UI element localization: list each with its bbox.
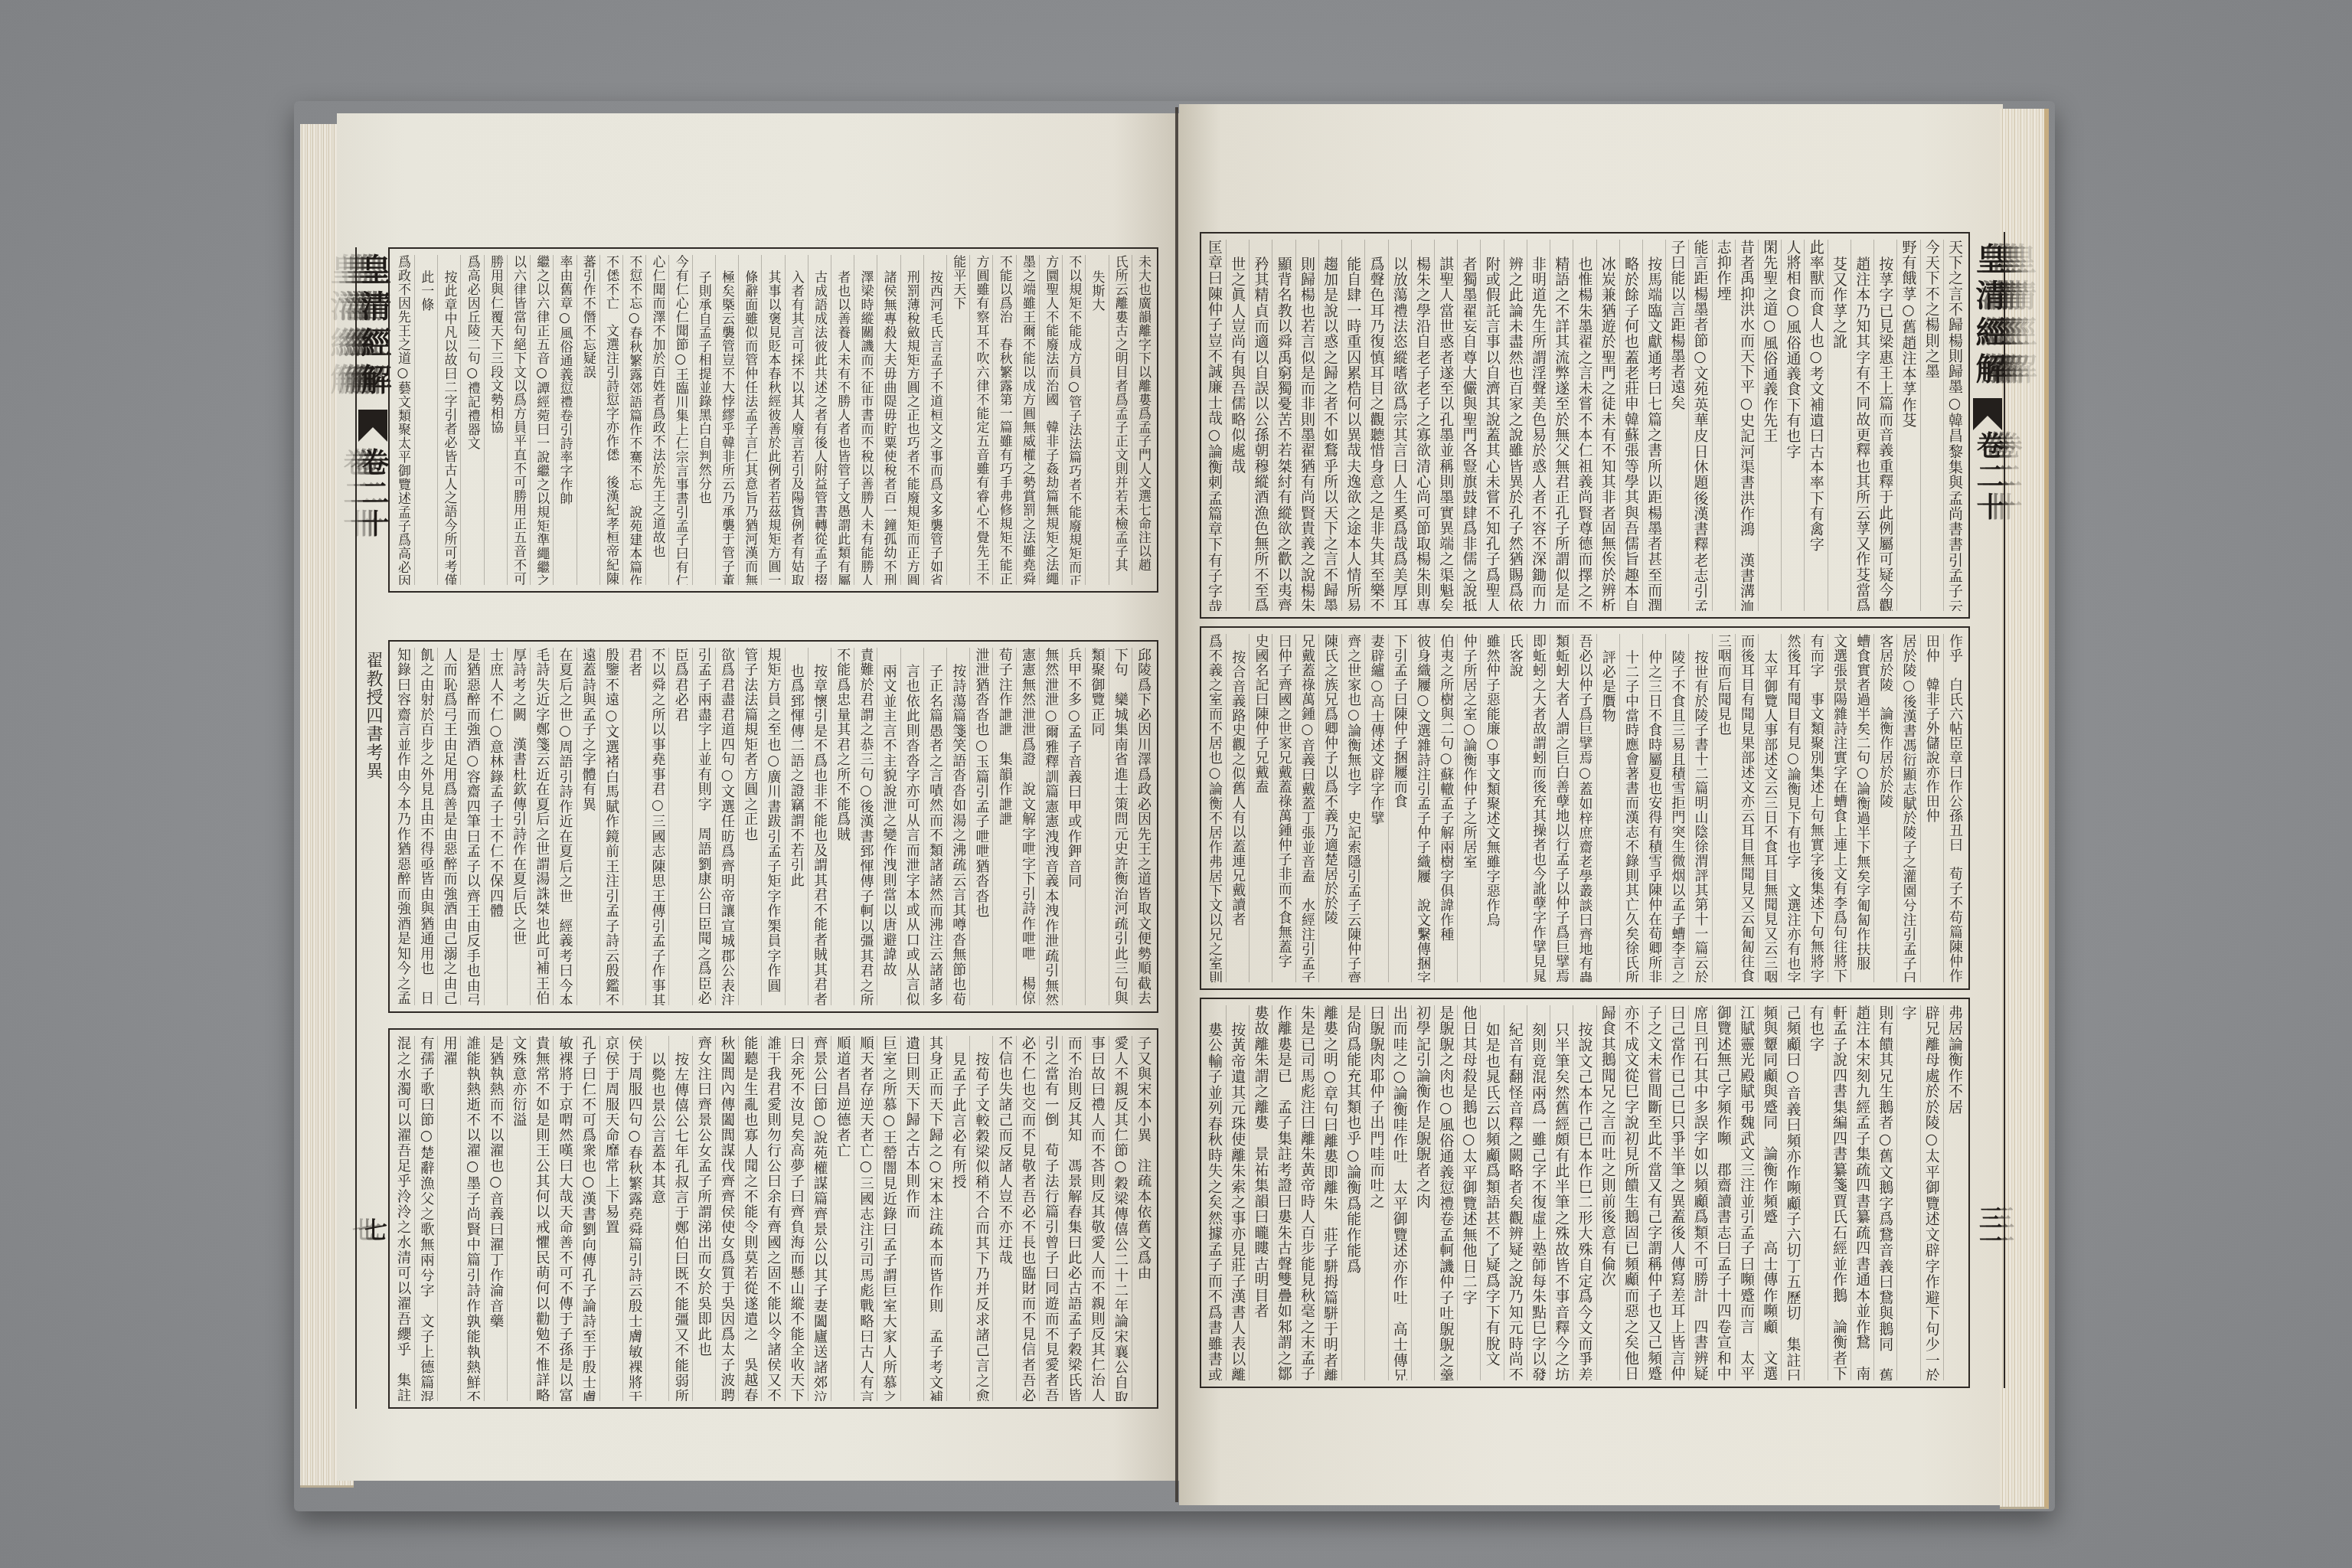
register-frame-bottom: 弗居論衡作不居 辟兄離母處於於陵○太平御覽述文辟字作避下句少一於 字 則有饋其兄… xyxy=(1200,998,1970,1388)
text-column: 遠蓋詩與孟子之字體有異 xyxy=(577,648,599,1005)
text-column: 事曰故曰禮人而不荅則反其敬愛人而不親則反其仁治人 xyxy=(1085,1036,1108,1401)
text-column: 以斃也景公言蓋本其意 xyxy=(645,1036,668,1401)
text-column: 江賦靈光殿賦弔魏武文三注並引孟子曰嚬蹙而言 太平 xyxy=(1735,1005,1758,1380)
text-column: 按此章中凡以故曰二字引者必皆古人之語今所可考僅 xyxy=(437,255,460,585)
text-column: 齊女注曰齊景公女孟子所謂涕出而女於吳即此也 xyxy=(692,1036,715,1401)
text-column: 規矩方員之至也○廣川書跋引孟子矩字作榘員字作圓 xyxy=(761,648,784,1005)
text-column: 泄泄猶沓沓也○玉篇引孟子呭呭猶沓沓也 xyxy=(969,648,992,1005)
text-column: 字 xyxy=(1896,1005,1919,1380)
text-column: 此率獸而食人也○考文補遺曰古本率下有禽字 xyxy=(1804,240,1827,611)
text-column: 子曰能以言距楊墨者遠矣 xyxy=(1665,240,1688,611)
series-title: 皇清經解 xyxy=(1971,243,2005,390)
text-column: 未大也廣韻離字下以離婁爲孟子門人文選七命注以趙 xyxy=(1132,255,1155,585)
register-frame-bottom: 子又與宋本小異 注疏本依舊文爲由 愛人不親反其仁節○穀梁傳僖公二十二年論宋襄公自… xyxy=(388,1028,1158,1409)
text-column: 人將相食○風俗通義食下有也字 xyxy=(1781,240,1804,611)
text-column: 是猶執熱而不以濯也○音義曰濯丁作淪音藥 xyxy=(484,1036,507,1401)
text-column: 殷鑒不遠○文選褚白馬賦作鏡前王注引孟子詩云殷鑑不 xyxy=(599,648,622,1005)
text-column: 曰鶃鶃肉耶仲子出門哇而吐之 xyxy=(1364,1005,1387,1380)
text-column: 飢之由射於百步之外見且由不得亟皆由與猶通用也 日 xyxy=(414,648,437,1005)
text-column: 有也字 xyxy=(1804,1005,1827,1380)
register-frame-middle: 邱陵爲下必因川澤爲政必因先王之道皆取文便勢順截去 下句 欒城集南省進士策問元史許… xyxy=(388,640,1158,1013)
text-column: 仲之三日不食時屬夏也安得有積雪乎陳仲在荀卿所非 xyxy=(1642,634,1665,982)
text-column: 趙注本宋刻九經孟子集疏四書纂疏四書通本並作鵞 南 xyxy=(1851,1005,1873,1380)
text-column: 御覽述無己字頻作嚬 郡齋讀書志曰孟子十四卷宣和中 xyxy=(1712,1005,1735,1380)
text-column: 諆聖人當世惑者遂至以孔墨並稱則墨實異端之渠魁矣 xyxy=(1434,240,1457,611)
text-column: 按荀子文較穀梁似稍不合而其下乃并反求諸己言之愈 xyxy=(969,1036,992,1401)
text-column: 引孟子兩盡字上並有則字 周語劉康公曰臣聞之爲臣必 xyxy=(692,648,715,1005)
text-column: 敏裸將于京喟然嘆曰大哉天命善不可不傳于子孫是以富 xyxy=(553,1036,576,1401)
text-column: 則歸楊也若言似是而非則墨翟猶有尚賢貴義之說楊朱 xyxy=(1295,240,1318,611)
text-column: 即蚯蚓之大者故謂蚓而後充其操者也今訛孽字作擘見晁 xyxy=(1527,634,1550,982)
register-frame-middle: 作乎 白氏六帖臣章曰作公孫丑曰 荀子不苟篇陳仲作 田仲 韓非子外儲說亦作田仲 居… xyxy=(1200,626,1970,990)
text-column: 其身正而天下歸之○宋本注疏本而皆作則 孟子考文補 xyxy=(923,1036,946,1401)
text-column: 文殊意亦衍溢 xyxy=(507,1036,530,1401)
text-column: 繼之以六律正五音○譚經菀曰一說繼之以規矩準繩繼之 xyxy=(530,255,553,585)
text-column: 刑罰薄稅斂規矩方圓之正也巧者不能廢規矩而正方圓 xyxy=(900,255,923,585)
text-column: 澤梁時縱關譏而不征市書而不稅以善勝人未有能勝人 xyxy=(854,255,877,585)
text-column: 曰己當作已己巳只爭半筆之異蓋後人傳寫差耳上皆言仲 xyxy=(1665,1005,1688,1380)
text-column: 責難於君謂之恭三句○後漢書郅惲傳子軻以彊其君之所 xyxy=(854,648,877,1005)
text-column: 也爲郅惲傳二語之證竊謂不若引此 xyxy=(785,648,808,1005)
text-column: 是猶惡醉而強酒○容齋四筆曰孟子以齊王由反手也由弓 xyxy=(460,648,483,1005)
text-column: 極矣槩云襲管豈不大悖繆乎韓非所云乃承襲于管子董 xyxy=(715,255,738,585)
text-column: 曰仲子齊國之世家兄戴蓋祿萬鍾仲子非而不食無蓋字 路 xyxy=(1272,634,1295,982)
text-column: 兄戴蓋祿萬鍾○音義曰戴蓋丁張並音盍 水經注引孟子 xyxy=(1295,634,1318,982)
text-column: 婁公輸子並列春秋時失之矣然據孟子而不爲書雖書或 xyxy=(1204,1005,1226,1380)
text-column: 諸侯無專殺大夫毋曲隄毋貯粟使稅者百一鐘孤幼不刑 xyxy=(877,255,900,585)
text-column: 匡章曰陳仲子豈不誠廉士哉○論衡刺孟篇章下有子字哉 xyxy=(1204,240,1226,611)
text-column: 曰余死不汝見矣高夢子曰齊負海而懸山縱不能全收天下 xyxy=(785,1036,808,1401)
text-column: 客居於陵 論衡作居於於陵 xyxy=(1873,634,1896,982)
text-column: 必不仁也交而不見敬者吾必不長也臨財而不見信者吾必 xyxy=(1016,1036,1039,1401)
page-number: 三一 xyxy=(1975,1206,2001,1252)
text-column: 引之當有一倒 荀子法行篇引曾子曰同遊而不見愛者吾 xyxy=(1039,1036,1062,1401)
text-column: 不能以爲治 春秋繁露第一篇雖有巧手弗修規矩不能正 xyxy=(992,255,1015,585)
text-column: 只半筆矣然舊經頗有此半筆之殊故皆不事音釋今之坊 xyxy=(1550,1005,1573,1380)
text-column: 初學記引論衡作是鶃鶃者之肉 xyxy=(1411,1005,1434,1380)
text-column: 世之眞人豈尚有與吾儒略似處哉 xyxy=(1226,240,1249,611)
text-column: 野有餓莩○舊趙注本莩作芟 xyxy=(1896,240,1919,611)
text-column: 誰能執熱逝不以濯○墨子尚賢中篇引詩作孰能執熱鮮不 xyxy=(460,1036,483,1401)
text-column: 軒孟子說四書集編四書纂箋賈氏石經並作鵝 論衡者下 xyxy=(1828,1005,1851,1380)
text-column: 彼身織屨○文選雜詩注引孟子仲子織屨 說文繫傳捆字 xyxy=(1411,634,1434,982)
text-column: 無然泄泄○爾雅釋訓篇憲憲洩洩音義本洩作泄疏引無然 xyxy=(1039,648,1062,1005)
text-column: 順天者存逆天者亡○三國志注引司馬彪戰略曰古人有言 xyxy=(854,1036,877,1401)
right-page-edges xyxy=(2000,109,2049,1509)
text-column: 率由舊章○風俗通義愆禮卷引詩率字作帥 xyxy=(553,255,576,585)
text-column: 他日其母殺是鵝也○太平御覽述無他日二字 xyxy=(1457,1005,1480,1380)
text-column: 齊之世家也○論衡無也字 史記索隱引孟子云陳仲子齊 xyxy=(1341,634,1364,982)
text-column: 朱是已司馬彪注曰離朱黃帝時人百步能見秋毫之末孟子 xyxy=(1295,1005,1318,1380)
text-column: 子則承自孟子相提並錄黑白自判然分也 xyxy=(692,255,715,585)
volume-label: 卷二十 xyxy=(358,448,389,540)
text-column: 能自肆一時重囚累梏何以異哉夫逸欲之途本人情所易 xyxy=(1341,240,1364,611)
text-column: 紀音有翻怪音釋之闕略者矣觀辨疑之說乃知元時尚不 xyxy=(1504,1005,1527,1380)
text-column: 不信也失諸己而反諸人豈不亦迂哉 xyxy=(992,1036,1015,1401)
text-column: 下句 欒城集南省進士策問元史許衡治河疏引此三句與 xyxy=(1109,648,1132,1005)
text-column: 子又與宋本小異 注疏本依舊文爲由 xyxy=(1132,1036,1155,1401)
text-column: 墨之端雖王爾不能以成方圓無威權之勢賞罰之法雖堯舜 xyxy=(1016,255,1039,585)
text-column: 心仁聞而澤不加於百姓者爲政不法於先王之道故也 xyxy=(645,255,668,585)
text-column: 作離婁是已 孟子集註考證曰婁朱古聲雙疊如邾謂之鄒 xyxy=(1272,1005,1295,1380)
text-column: 今有仁心仁聞節○王臨川集上仁宗言事書引孟子曰有仁 xyxy=(668,255,691,585)
text-column: 齊景公曰節○說苑權謀篇齊景公以其子妻闔廬送諸郊泣 xyxy=(808,1036,831,1401)
text-column: 其事以褒見貶本春秋經彼善於此例者若茲規矩方圓一 xyxy=(761,255,784,585)
text-column: 按黃帝遺其元珠使離朱索之事亦見莊子漢書人表以離 xyxy=(1226,1005,1249,1380)
text-column: 附或假託言事以自濟其說蓋其心未嘗不知孔子爲聖人 xyxy=(1480,240,1503,611)
text-column: 巨室之所慕○王罃闇見近錄曰孟子謂巨室大家人所慕之 xyxy=(877,1036,900,1401)
text-column: 居於陵○後漢書馮衍顯志賦於陵子之灌園兮注引孟子曰 xyxy=(1896,634,1919,982)
text-column: 兵甲不多○孟子音義曰甲或作鉀音同 xyxy=(1062,648,1085,1005)
text-column: 混之水濁可以濯吾足乎泠泠之水清可以濯吾纓乎 集註 xyxy=(392,1036,414,1401)
text-column: 爲不義之室而不居也○論衡不居作弗居下文以兄之室則 xyxy=(1204,634,1226,982)
fishtail-mark-icon xyxy=(358,410,387,442)
text-column: 螬食實者過半矣二句○論衡過半下無矣字匍匐作扶服 xyxy=(1851,634,1873,982)
text-column: 京侯于周服天命靡常上下易置 xyxy=(599,1036,622,1401)
text-column: 士庶人不仁○意林錄孟子士不仁不保四體 xyxy=(484,648,507,1005)
text-column: 類蚯蚓大者人謂之巨白善孽地以行孟子以仲子爲巨擘焉 xyxy=(1550,634,1573,982)
text-column: 者也以善養人未有不勝人者也皆管子文愚謂此類有屬 xyxy=(831,255,854,585)
text-column: 按詩蕩篇箋笑語沓沓如湯之沸疏云言其噂沓無節也荀 xyxy=(946,648,969,1005)
text-column: 方圓雖有察耳不吹六律不能定五音雖有睿心不覺先王不 xyxy=(969,255,992,585)
text-column: 誰干我君愛則勿行公曰余有齊國之固不能以令諸侯又不 xyxy=(761,1036,784,1401)
text-column: 按左傳僖公七年孔叔言于鄭伯曰既不能彊又不能弱所 xyxy=(668,1036,691,1401)
text-column: 趙注本乃知其字有不同故更釋也其所云莩又作芟當爲 xyxy=(1851,240,1873,611)
text-column: 用濯 xyxy=(437,1036,460,1401)
text-column: 氏客說 xyxy=(1504,634,1527,982)
text-column: 文選張景陽雜詩注實字在螬食上連上文有李爲句往將下 xyxy=(1828,634,1851,982)
text-column: 趨加是說以惑之歸之者不如鶩乎所以天下之言不歸墨 xyxy=(1318,240,1341,611)
text-column: 能平天下 xyxy=(946,255,969,585)
text-column: 則有饋其兄生鵝者○舊文鵝字爲鵞音義曰鵞與鵝同 舊 xyxy=(1873,1005,1896,1380)
text-column: 子正名篇愚者之言嘖然而不類諸諸然而沸注云諸諸多 xyxy=(923,648,946,1005)
text-column: 按莩字已見梁惠王上篇而音義重釋于此例屬可疑今觀 xyxy=(1873,240,1896,611)
text-column: 而後耳目有聞見果部述文亦云耳目無聞見又云匍匐往食 xyxy=(1735,634,1758,982)
text-column: 侯于周服四句○春秋繁露堯舜篇引詩云殷士膚敏裸將于 xyxy=(622,1036,645,1401)
text-column: 略於餘子何也蓋老莊申韓蘇張等學其與吾儒旨趣本自 xyxy=(1619,240,1642,611)
text-column: 楊朱之學沿自老子老子之寡欲清心尚可節取楊朱則專 xyxy=(1411,240,1434,611)
text-column: 如是也晁氏云以頻顣爲類語甚不了疑爲字下有脫文 xyxy=(1480,1005,1503,1380)
text-column: 順道者昌逆德者亡 xyxy=(831,1036,854,1401)
text-column: 己頻顣曰○音義曰頻亦作嚬顣子六切丁五歷切 集註曰 xyxy=(1781,1005,1804,1380)
text-column: 弗居論衡作不居 xyxy=(1943,1005,1966,1380)
text-column: 失斯大 xyxy=(1085,255,1108,585)
text-column: 志抑作堙 xyxy=(1712,240,1735,611)
text-column: 人而恥爲弓王由足用爲善是由惡醉而強酒由己溺之由己 xyxy=(437,648,460,1005)
text-column: 天下之言不歸楊則歸墨○韓昌黎集與孟尚書書引孟子云 xyxy=(1943,240,1966,611)
text-column: 史國名記曰陳仲子兄戴盍 xyxy=(1249,634,1272,982)
text-column: 吾必以仲子爲巨擘焉○蓋如梓庶齋老學叢談曰齊地有蟲 xyxy=(1573,634,1596,982)
text-column: 在夏后之世○周語引詩作近在夏后之世 經義考曰今本 xyxy=(553,648,576,1005)
text-column: 邱陵爲下必因川澤爲政必因先王之道皆取文便勢順截去 xyxy=(1132,648,1155,1005)
text-column: 不愆不忘○春秋繁露郊語篇作不騫不忘 說苑建本篇作 xyxy=(622,255,645,585)
text-column: 不以規矩不能成方員○管子法法篇巧者不能廢規矩而正 xyxy=(1062,255,1085,585)
text-column: 類聚御覽正同 xyxy=(1085,648,1108,1005)
series-title: 皇清經解 xyxy=(357,253,390,400)
text-column: 不能爲忠量其君之所不能爲賊 xyxy=(831,648,854,1005)
text-column: 見孟子此言必有所授 xyxy=(946,1036,969,1401)
text-column: 是尙爲能充其類也乎○論衡爲能作能爲 xyxy=(1341,1005,1364,1380)
text-column: 婁故離朱謂之離婁 景祐集韻曰曨瞜古明目者 xyxy=(1249,1005,1272,1380)
text-column: 芟又作莩之訛 xyxy=(1828,240,1851,611)
text-column: 矜其精貞而適以自誤以公孫朝穆縱酒漁色無所不至爲 xyxy=(1249,240,1272,611)
text-column: 按世有於陵子書十二篇明山陰徐渭評其第十一篇云於 xyxy=(1688,634,1711,982)
fishtail-mark-icon xyxy=(1973,398,2002,430)
text-column: 以放蕩禮法恣縱嗜欲爲宗其言曰人生奚爲哉爲美厚耳 xyxy=(1388,240,1411,611)
text-column: 此一條 xyxy=(414,255,437,585)
text-column: 閑先聖之道○風俗通義作先王 xyxy=(1758,240,1781,611)
text-column: 席旦刊石其中多誤字如以頻顣爲類不可勝計 四書辨疑 xyxy=(1688,1005,1711,1380)
text-column: 爲政不因先王之道○藝文類聚太平御覽述孟子爲高必因 xyxy=(392,255,414,585)
text-column: 知錄曰容齋言並作由今本乃作猶惡醉而強酒是知今之孟 xyxy=(392,648,414,1005)
text-column: 者獨墨翟妄自尊大儼與聖門各豎旗鼓肆爲非儒之說抵 xyxy=(1457,240,1480,611)
text-column: 勝用與仁覆天下三段文勢相協 xyxy=(484,255,507,585)
text-column: 氏所云離婁古之明目者爲孟子正文則并若未檢孟子其 xyxy=(1109,255,1132,585)
text-column: 昔者禹抑洪水而天下平○史記河渠書洪作鴻 漢書溝洫 xyxy=(1735,240,1758,611)
text-column: 管子法法篇規矩者方圓之正也 xyxy=(738,648,761,1005)
text-column: 毛詩失近字鄭箋云近在夏后之世謂湯誅桀也此可補王伯 xyxy=(530,648,553,1005)
text-column: 三咽而后聞見也 xyxy=(1712,634,1735,982)
text-column: 荀子注作詍詍 集韻作詍詍 xyxy=(992,648,1015,1005)
text-column: 顯背名教以舜禹窮獨憂苦不若桀紂有縱欲之歡以夷齊 xyxy=(1272,240,1295,611)
left-margin-strip: 皇清經解 卷二十 翟教授四書考異 七 xyxy=(355,247,389,1409)
text-column: 頻與顰同顣與蹙同 論衡作頻蹙 高士傳作嚬顣 文選 xyxy=(1758,1005,1781,1380)
text-column: 陳氏之族兄爲卿仲子以爲不義乃適楚居於於陵 xyxy=(1318,634,1341,982)
text-column: 也惟楊朱墨翟之言未嘗不本仁祖義尚賢尊德而擇之不 xyxy=(1573,240,1596,611)
text-column: 臣爲君必君 xyxy=(668,648,691,1005)
text-column: 貴無常不如是則王公其何以戒懼民萌何以勸勉不惟詳略 xyxy=(530,1036,553,1401)
text-column: 十二子中當時應會著書而漢志不錄則其亡久矣徐氏所 xyxy=(1619,634,1642,982)
text-column: 古成語成法彼此共述之者有後人附益管書轉從孟子掇 xyxy=(808,255,831,585)
text-column: 兩文並主言不主貌說泄之變作洩則當以唐避諱故 xyxy=(877,648,900,1005)
text-column: 有而字 事文類聚別集述上句無實字後集述下句無將字 xyxy=(1804,634,1827,982)
text-column: 厚詩考之闕 漢書杜欽傳引詩作在夏后氏之世 xyxy=(507,648,530,1005)
text-column: 出而哇之○論衡哇作吐 太平御覽述亦作吐 高士傳兄 xyxy=(1388,1005,1411,1380)
text-column: 精語之不詳其流弊遂至於無父無君正孔子所謂似是而 xyxy=(1550,240,1573,611)
text-column: 歸食其鵝聞兄之言而吐之則前後意有倫次 xyxy=(1596,1005,1619,1380)
text-column: 按馬端臨文獻通考曰七篇之書所以距楊墨者甚至而潤 xyxy=(1642,240,1665,611)
text-column: 是鶃鶃之肉也○風俗通義愆禮卷孟軻譏仲子吐鶃鶃之羹 xyxy=(1434,1005,1457,1380)
text-column: 愛人不親反其仁節○穀梁傳僖公二十二年論宋襄公自取 xyxy=(1109,1036,1132,1401)
text-column: 方圜聖人不能廢法而治國 韓非子姦劫篇無規矩之法繩 xyxy=(1039,255,1062,585)
text-column: 刻則竟混兩爲一雖己字不復虛上塾師每朱點巳字以發 xyxy=(1527,1005,1550,1380)
text-column: 妻辟纑○高士傳述文辟字作擘 xyxy=(1364,634,1387,982)
text-column: 能言距楊墨者節○文苑英華皮日休題後漢書釋老志引孟 xyxy=(1688,240,1711,611)
page-number: 七 xyxy=(360,1218,386,1241)
right-margin-strip: 皇清經解 卷二十 三一 xyxy=(1970,232,2005,1388)
text-column: 太平御覽人事部述文云三日不食耳目無聞見又云三咽 xyxy=(1758,634,1781,982)
text-column: 按說文己本作己巳本作巳二形大殊自定爲今文而爭差 xyxy=(1573,1005,1596,1380)
text-column: 爲高必因丘陵二句○禮記禮器文 xyxy=(460,255,483,585)
text-column: 冰炭兼猶遊於聖門之徒未有不知其非者固無俟於辨析 xyxy=(1596,240,1619,611)
text-column: 君者 xyxy=(622,648,645,1005)
text-column: 爲聲色耳乃復慎耳目之觀聽惜身意之是非失其至樂不 xyxy=(1364,240,1387,611)
text-column: 條辭面雖似而管仲任法孟子言仁其意旨乃猶河漢而無 xyxy=(738,255,761,585)
text-column: 仲子所居之室○論衡作仲子之所居室 xyxy=(1457,634,1480,982)
text-column: 辟兄離母處於於陵○太平御覽述文辟字作避下句少一於 xyxy=(1920,1005,1943,1380)
text-column: 不以舜之所以事堯事君○三國志陳思王傳引孟子作事其 xyxy=(645,648,668,1005)
text-column: 辨之此論未盡然也百家之說雖皆異於孔子然猶賜爲依 xyxy=(1504,240,1527,611)
section-title: 翟教授四書考異 xyxy=(363,652,383,780)
text-column: 離婁之明○章句曰離婁即離朱 莊子駢拇篇駢于明者離 xyxy=(1318,1005,1341,1380)
text-column: 孔子曰仁不可爲衆也○漢書劉向傳孔子論詩至于殷士膚 xyxy=(577,1036,599,1401)
text-column: 按章懷引是不爲也非不能也及謂其君不能者賊其君者 xyxy=(808,648,831,1005)
text-column: 蕃引作不僭不忘疑誤 xyxy=(577,255,599,585)
text-column: 遺曰則天下歸之古本則作而 xyxy=(900,1036,923,1401)
text-column: 下引孟子曰陳仲子捆屨而食 xyxy=(1388,634,1411,982)
text-column: 非明道先生所謂淫聲美色易於惑人者不容不深鋤而力 xyxy=(1527,240,1550,611)
text-column: 言也依此則沓沓字亦可从言而泄字本或从口或从言似 xyxy=(900,648,923,1005)
register-frame-top: 天下之言不歸楊則歸墨○韓昌黎集與孟尚書書引孟子云 今天下不之楊則之墨 野有餓莩○… xyxy=(1200,232,1970,619)
text-column: 能聽是生亂也寡人聞之不能令則莫若從遂遣之 吳越春 xyxy=(738,1036,761,1401)
text-column: 作乎 白氏六帖臣章曰作公孫丑曰 荀子不苟篇陳仲作 xyxy=(1943,634,1966,982)
text-column: 按合音義路史觀之似舊人有以蓋連兄戴讀者 xyxy=(1226,634,1249,982)
text-column: 陵子不食且三易且積雪拒門突生微烟以孟子螬李言之 xyxy=(1665,634,1688,982)
text-column: 今天下不之楊則之墨 xyxy=(1920,240,1943,611)
text-column: 欲爲君盡君道四句○文選任昉爲齊明帝讓宣城郡公表注 xyxy=(715,648,738,1005)
text-column: 按西河毛氏言孟子不道桓文之事而爲文多襲管子如省 xyxy=(923,255,946,585)
text-column: 田仲 韓非子外儲說亦作田仲 xyxy=(1920,634,1943,982)
book-spine-gutter xyxy=(1175,107,1178,1502)
text-column: 憲憲無然泄泄爲證 說文解字呭字下引詩作呭呭 楊倞 xyxy=(1016,648,1039,1005)
text-column: 秋闔閭內傳闔閭謀伐齊齊侯使女爲質于吳因爲太子波聘 xyxy=(715,1036,738,1401)
register-frame-top: 未大也廣韻離字下以離婁爲孟子門人文選七命注以趙 氏所云離婁古之明目者爲孟子正文則… xyxy=(388,247,1158,593)
text-column: 子之文未嘗間斷至此不當又有己字謂稱仲子也又己頻蹙 xyxy=(1642,1005,1665,1380)
text-column: 不僁不亡 文選注引詩愆字亦作僁 後漢紀孝桓帝紀陳 xyxy=(599,255,622,585)
text-column: 伯夷之所樹與二句○蘇轍孟子解兩樹字俱諱作種 xyxy=(1434,634,1457,982)
volume-label: 卷二十 xyxy=(1973,431,2004,523)
text-column: 而不治則反其知 馮景解舂集曰此必古語孟子穀梁氏皆 xyxy=(1062,1036,1085,1401)
text-column: 入者有其言可採不以其人廢言若引及陽貨例者有姑取 xyxy=(785,255,808,585)
text-column: 雖然仲子惡能廉○事文類聚述文無雖字惡作烏 xyxy=(1480,634,1503,982)
text-column: 有孺子歌曰節○楚辭漁父之歌無兩兮字 文子上德篇混 xyxy=(414,1036,437,1401)
text-column: 以六律皆當句絕下文以爲方員平直不可勝用正五音不可 xyxy=(507,255,530,585)
text-column: 評必是贋物 xyxy=(1596,634,1619,982)
text-column: 亦不成文從巳字說初見所饋生鵝固已頻顣而惡之矣他日 xyxy=(1619,1005,1642,1380)
text-column: 然後耳有聞目有見○論衡見下有也字 文選注亦有也字 xyxy=(1781,634,1804,982)
